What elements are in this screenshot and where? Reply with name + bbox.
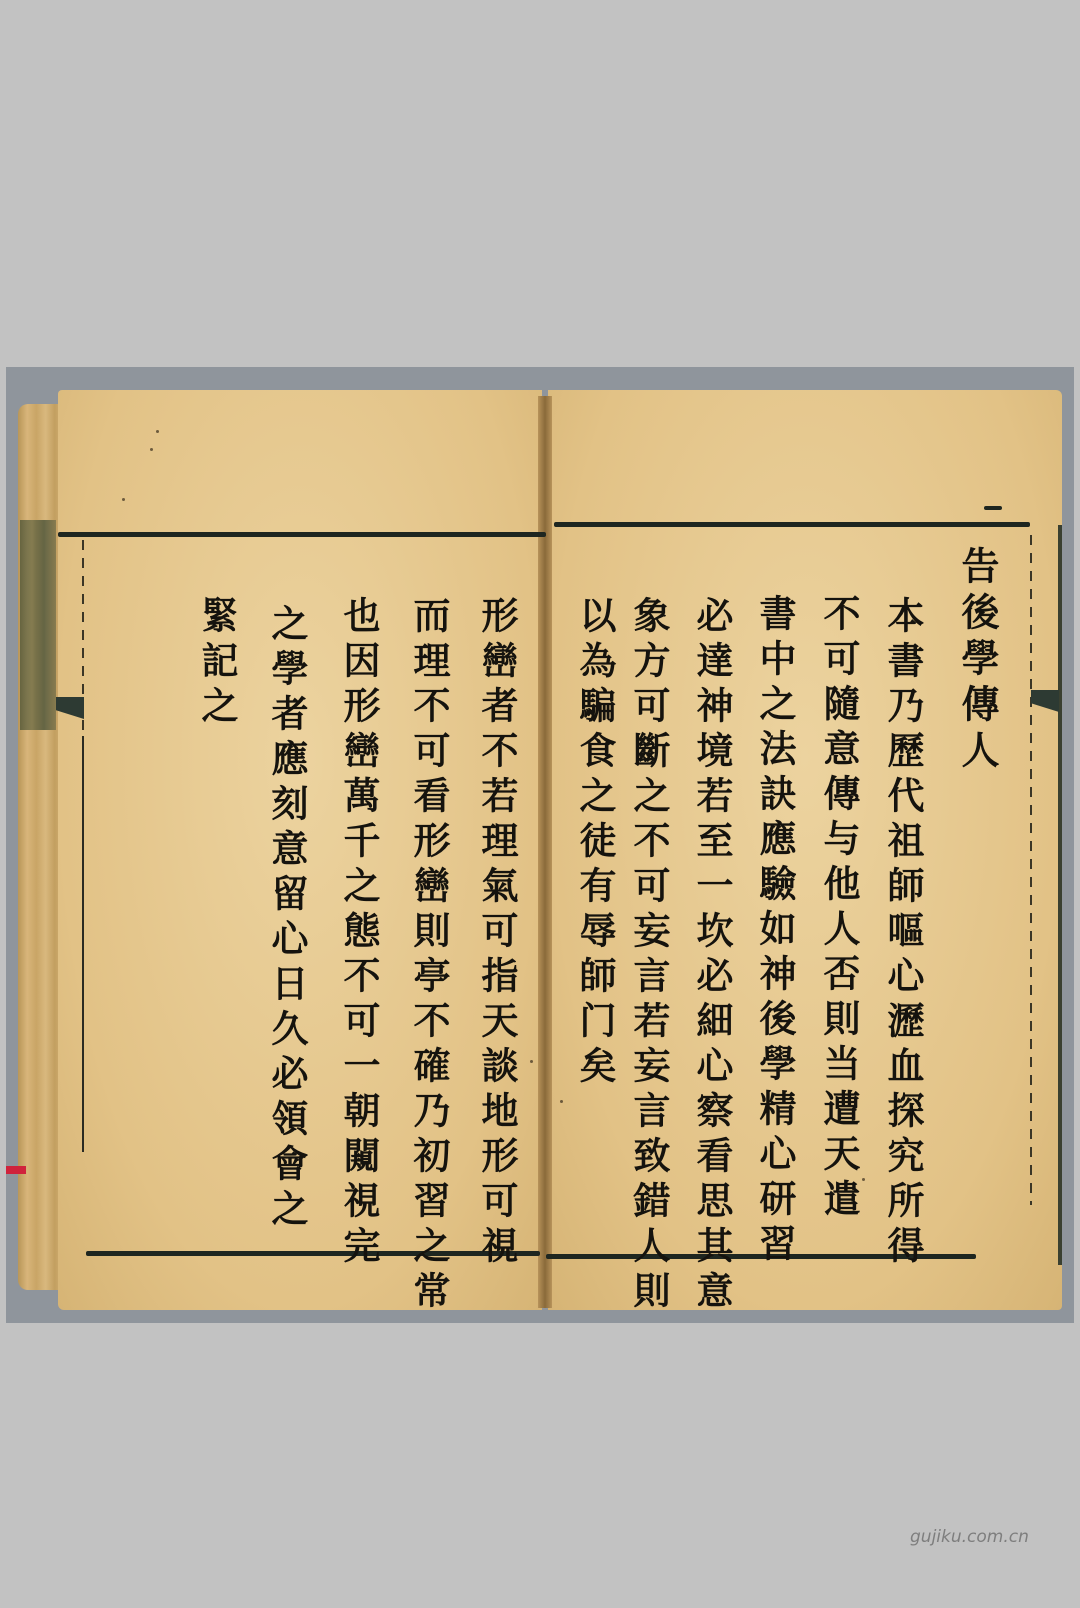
paper-speck xyxy=(122,498,125,501)
paper-speck xyxy=(862,1178,865,1181)
left-bottom-rule xyxy=(86,1251,540,1256)
text-column: 書中之法訣應驗如神後學精心研習 xyxy=(756,594,793,1269)
text-column: 而理不可看形巒則亭不確乃初習之常 xyxy=(410,596,447,1316)
red-tab-mark xyxy=(6,1166,26,1174)
text-column: 緊記之 xyxy=(198,596,235,731)
left-margin-line xyxy=(82,736,84,1152)
right-page xyxy=(548,390,1062,1310)
paper-speck xyxy=(156,430,159,433)
text-column: 之學者應刻意留心日久必領會之 xyxy=(268,604,305,1234)
text-column: 本書乃歷代祖師嘔心瀝血探究所得 xyxy=(884,596,921,1271)
right-page-title: 告後學傳人 xyxy=(958,546,996,776)
text-column: 以為騙食之徒有辱師门矣 xyxy=(576,596,613,1091)
text-column: 不可隨意傳与他人否則当遭天遣 xyxy=(820,594,857,1224)
page-stack-stain xyxy=(20,520,56,730)
page-number-mark xyxy=(984,506,1002,510)
right-margin-dashes xyxy=(1030,535,1032,1205)
paper-speck xyxy=(530,1060,533,1063)
text-column: 必達神境若至一坎必細心察看思其意 xyxy=(693,596,730,1316)
left-top-rule xyxy=(58,532,546,537)
text-column: 象方可斷之不可妄言若妄言致錯人則 xyxy=(630,596,667,1316)
text-column: 也因形巒萬千之態不可一朝闚視完 xyxy=(340,596,377,1271)
paper-speck xyxy=(560,1100,563,1103)
text-column: 形巒者不若理氣可指天談地形可視 xyxy=(478,596,515,1271)
right-top-rule xyxy=(554,522,1030,527)
watermark: gujiku.com.cn xyxy=(910,1527,1029,1547)
right-edge-line xyxy=(1058,525,1062,1265)
paper-speck xyxy=(150,448,153,451)
